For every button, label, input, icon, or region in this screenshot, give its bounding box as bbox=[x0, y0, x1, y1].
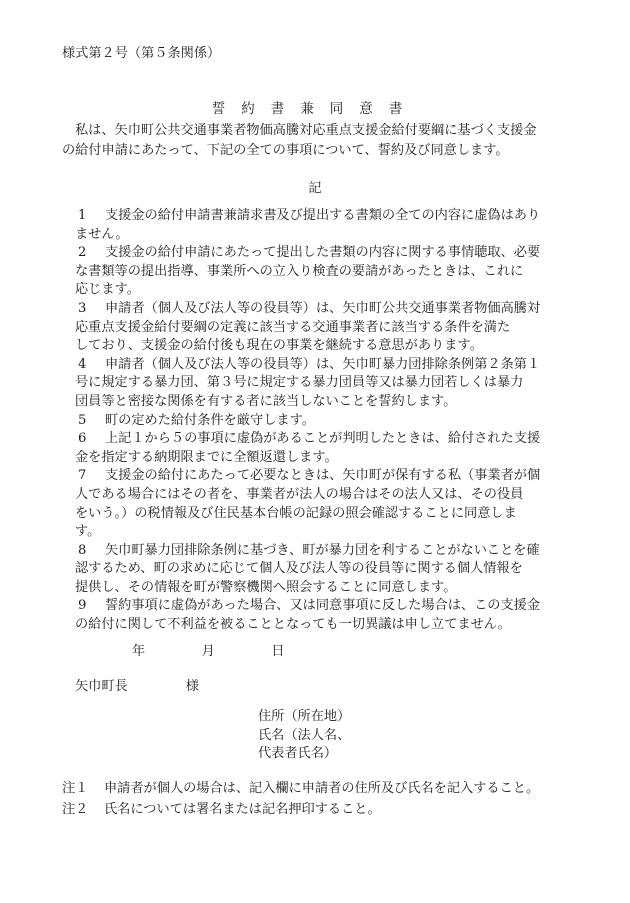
item-text: 申請者（個人及び法人等の役員等）は、矢巾町暴力団排除条例第２条第１ bbox=[75, 357, 540, 372]
item-text: しており、支援金の給付後も現在の事業を継続する意思があります。 bbox=[75, 338, 483, 353]
signature-block: 住所（所在地） 氏名（法人名、 代表者氏名） bbox=[258, 708, 350, 764]
item-text-line: 団員等と密接な関係を有する者に該当しないことを誓約します。 bbox=[62, 393, 592, 412]
item-text: 支援金の給付申請にあたって提出した書類の内容に関する事情聴取、必要 bbox=[75, 245, 540, 260]
item-text-line: 応じます。 bbox=[62, 281, 592, 300]
address-label: 住所（所在地） bbox=[258, 708, 350, 727]
item-text-line: 矢巾町暴力団排除条例に基づき、町が暴力団を利することがないことを確 bbox=[62, 542, 592, 561]
item-text: 認するため、町の求めに応じて個人及び法人等の役員等に関する個人情報を bbox=[75, 561, 523, 576]
pledge-item: 5町の定めた給付条件を厳守します。 bbox=[62, 412, 592, 431]
item-text: 申請者（個人及び法人等の役員等）は、矢巾町公共交通事業者物価高騰対 bbox=[75, 301, 540, 316]
item-number: 5 bbox=[78, 412, 86, 431]
item-number: 2 bbox=[78, 244, 86, 263]
pledge-item: 3申請者（個人及び法人等の役員等）は、矢巾町公共交通事業者物価高騰対応重点支援金… bbox=[62, 300, 592, 356]
pledge-item: 4申請者（個人及び法人等の役員等）は、矢巾町暴力団排除条例第２条第１号に規定する… bbox=[62, 356, 592, 412]
pledge-item: 9誓約事項に虚偽があった場合、又は同意事項に反した場合は、この支援金の給付に関し… bbox=[62, 597, 592, 634]
date-line: 年 月 日 bbox=[132, 640, 284, 659]
date-year: 年 bbox=[132, 640, 145, 659]
item-number: 9 bbox=[78, 597, 86, 616]
pledge-item: 6上記１から５の事項に虚偽があることが判明したときは、給付された支援金を指定する… bbox=[62, 430, 592, 467]
item-text: 町の定めた給付条件を厳守します。 bbox=[75, 413, 315, 428]
item-number: 4 bbox=[78, 356, 86, 375]
item-number: 8 bbox=[78, 542, 86, 561]
note-label: 注２ bbox=[62, 799, 104, 820]
ki-heading: 記 bbox=[0, 177, 630, 196]
item-text-line: 申請者（個人及び法人等の役員等）は、矢巾町暴力団排除条例第２条第１ bbox=[62, 356, 592, 375]
item-text: 応重点支援金給付要綱の定義に該当する交通事業者に該当する条件を満た bbox=[75, 320, 510, 335]
item-text-line: 支援金の給付申請にあたって提出した書類の内容に関する事情聴取、必要 bbox=[62, 244, 592, 263]
item-text: 誓約事項に虚偽があった場合、又は同意事項に反した場合は、この支援金 bbox=[75, 598, 540, 613]
item-text: 号に規定する暴力団、第３号に規定する暴力団員等又は暴力団若しくは暴力 bbox=[75, 375, 523, 390]
item-text-line: 支援金の給付申請書兼請求書及び提出する書類の全ての内容に虚偽はあり bbox=[62, 207, 592, 226]
document-title: 誓約書兼同意書 bbox=[0, 97, 630, 117]
addressee-honorific: 様 bbox=[186, 679, 199, 694]
form-number: 様式第２号（第５条関係） bbox=[62, 42, 220, 61]
note-1: 注１申請者が個人の場合は、記入欄に申請者の住所及び氏名を記入すること。 bbox=[62, 778, 539, 799]
item-text-line: な書類等の提出指導、事業所への立入り検査の要請があったときは、これに bbox=[62, 263, 592, 282]
date-month: 月 bbox=[202, 640, 215, 659]
item-text-line: 提供し、その情報を町が警察機関へ照会することに同意します。 bbox=[62, 579, 592, 598]
item-number: 7 bbox=[78, 467, 86, 486]
addressee-name: 矢巾町長 bbox=[75, 679, 128, 694]
item-text-line: 号に規定する暴力団、第３号に規定する暴力団員等又は暴力団若しくは暴力 bbox=[62, 374, 592, 393]
note-text: 申請者が個人の場合は、記入欄に申請者の住所及び氏名を記入すること。 bbox=[104, 781, 539, 796]
item-text-line: す。 bbox=[62, 523, 592, 542]
representative-label: 代表者氏名） bbox=[258, 745, 350, 764]
pledge-item: 2支援金の給付申請にあたって提出した書類の内容に関する事情聴取、必要な書類等の提… bbox=[62, 244, 592, 300]
name-label: 氏名（法人名、 bbox=[258, 727, 350, 746]
item-text: 上記１から５の事項に虚偽があることが判明したときは、給付された支援 bbox=[75, 431, 540, 446]
item-text: 人である場合にはその者を、事業者が法人の場合はその法人又は、その役員 bbox=[75, 487, 523, 502]
item-text: 支援金の給付申請書兼請求書及び提出する書類の全ての内容に虚偽はあり bbox=[75, 208, 540, 223]
notes: 注１申請者が個人の場合は、記入欄に申請者の住所及び氏名を記入すること。 注２氏名… bbox=[62, 778, 539, 820]
item-text-line: の給付に関して不利益を被ることとなっても一切異議は申し立てません。 bbox=[62, 616, 592, 635]
item-text-line: 支援金の給付にあたって必要なときは、矢巾町が保有する私（事業者が個 bbox=[62, 467, 592, 486]
item-text-line: 認するため、町の求めに応じて個人及び法人等の役員等に関する個人情報を bbox=[62, 560, 592, 579]
item-text: 金を指定する納期限までに全額返還します。 bbox=[75, 450, 338, 465]
item-text: 提供し、その情報を町が警察機関へ照会することに同意します。 bbox=[75, 580, 456, 595]
note-2: 注２氏名については署名または記名押印すること。 bbox=[62, 799, 539, 820]
item-text-line: ません。 bbox=[62, 226, 592, 245]
item-text: 支援金の給付にあたって必要なときは、矢巾町が保有する私（事業者が個 bbox=[75, 468, 540, 483]
item-number: 6 bbox=[78, 430, 86, 449]
item-text: な書類等の提出指導、事業所への立入り検査の要請があったときは、これに bbox=[75, 264, 523, 279]
note-text: 氏名については署名または記名押印すること。 bbox=[104, 802, 381, 817]
item-text: 応じます。 bbox=[75, 282, 140, 297]
pledge-item: 7支援金の給付にあたって必要なときは、矢巾町が保有する私（事業者が個人である場合… bbox=[62, 467, 592, 541]
item-text-line: 応重点支援金給付要綱の定義に該当する交通事業者に該当する条件を満た bbox=[62, 319, 592, 338]
item-number: 1 bbox=[78, 207, 86, 226]
item-text: ません。 bbox=[75, 227, 129, 242]
pledge-item: 8矢巾町暴力団排除条例に基づき、町が暴力団を利することがないことを確認するため、… bbox=[62, 542, 592, 598]
item-text: の給付に関して不利益を被ることとなっても一切異議は申し立てません。 bbox=[75, 617, 511, 632]
intro-paragraph: 私は、矢巾町公共交通事業者物価高騰対応重点支援金給付要綱に基づく支援金 の給付申… bbox=[62, 121, 592, 161]
addressee: 矢巾町長様 bbox=[75, 675, 199, 694]
item-text: をいう。）の税情報及び住民基本台帳の記録の照会確認することに同意しま bbox=[75, 506, 517, 521]
pledge-item: 1支援金の給付申請書兼請求書及び提出する書類の全ての内容に虚偽はありません。 bbox=[62, 207, 592, 244]
item-text-line: をいう。）の税情報及び住民基本台帳の記録の照会確認することに同意しま bbox=[62, 505, 592, 524]
pledge-items: 1支援金の給付申請書兼請求書及び提出する書類の全ての内容に虚偽はありません。2支… bbox=[62, 207, 592, 635]
item-text-line: しており、支援金の給付後も現在の事業を継続する意思があります。 bbox=[62, 337, 592, 356]
item-text-line: 申請者（個人及び法人等の役員等）は、矢巾町公共交通事業者物価高騰対 bbox=[62, 300, 592, 319]
item-number: 3 bbox=[78, 300, 86, 319]
item-text: 団員等と密接な関係を有する者に該当しないことを誓約します。 bbox=[75, 394, 456, 409]
intro-line: 私は、矢巾町公共交通事業者物価高騰対応重点支援金給付要綱に基づく支援金 bbox=[62, 121, 592, 141]
note-label: 注１ bbox=[62, 778, 104, 799]
date-day: 日 bbox=[271, 640, 284, 659]
item-text-line: 金を指定する納期限までに全額返還します。 bbox=[62, 449, 592, 468]
intro-line: の給付申請にあたって、下記の全ての事項について、誓約及び同意します。 bbox=[62, 141, 592, 161]
item-text-line: 町の定めた給付条件を厳守します。 bbox=[62, 412, 592, 431]
item-text-line: 人である場合にはその者を、事業者が法人の場合はその法人又は、その役員 bbox=[62, 486, 592, 505]
item-text: す。 bbox=[75, 524, 100, 539]
item-text-line: 上記１から５の事項に虚偽があることが判明したときは、給付された支援 bbox=[62, 430, 592, 449]
item-text: 矢巾町暴力団排除条例に基づき、町が暴力団を利することがないことを確 bbox=[75, 543, 540, 558]
item-text-line: 誓約事項に虚偽があった場合、又は同意事項に反した場合は、この支援金 bbox=[62, 597, 592, 616]
